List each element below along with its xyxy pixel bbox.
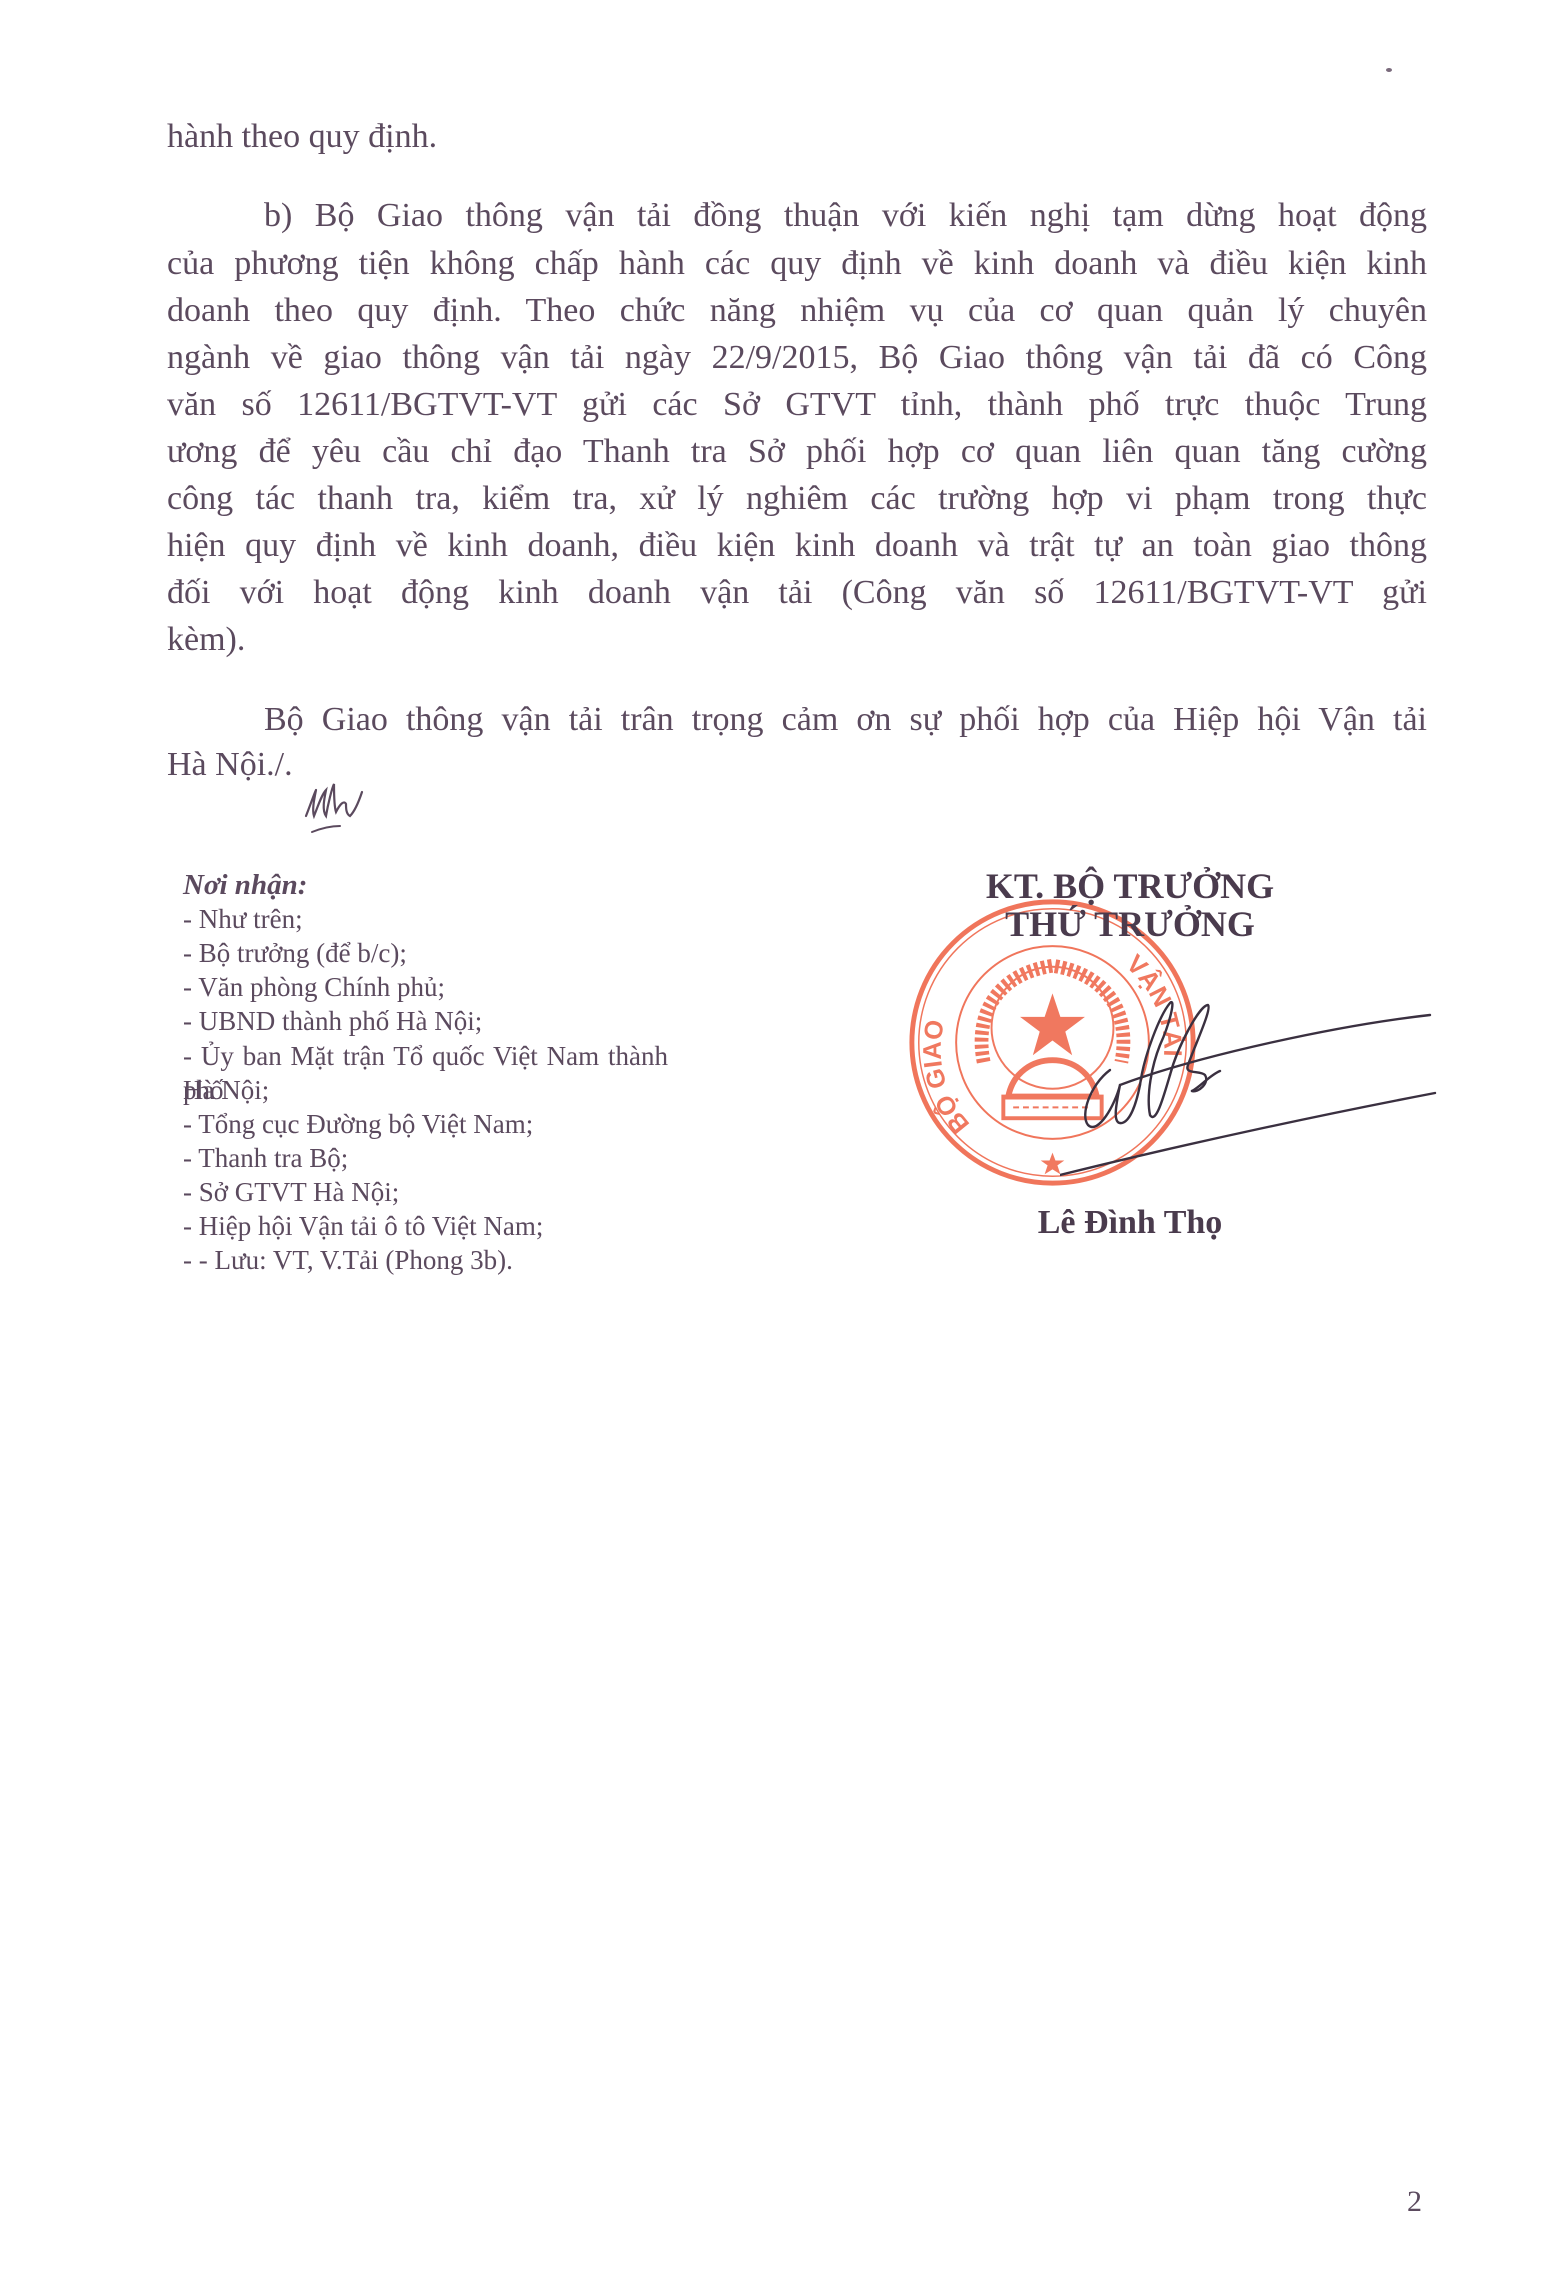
body-line: hành theo quy định. (167, 113, 1427, 161)
body-line: doanh theo quy định. Theo chức năng nhiệ… (167, 287, 1427, 335)
body-line: công tác thanh tra, kiểm tra, xử lý nghi… (167, 475, 1427, 523)
recipient-item: - Văn phòng Chính phủ; (183, 970, 445, 1004)
recipient-item: - Tổng cục Đường bộ Việt Nam; (183, 1107, 533, 1141)
body-line: kèm). (167, 616, 1427, 664)
svg-text:BỘ GIAO: BỘ GIAO (919, 1018, 975, 1139)
signer-title-line-1: KT. BỘ TRƯỞNG (940, 866, 1320, 906)
body-line: b) Bộ Giao thông vận tải đồng thuận với … (264, 192, 1427, 240)
recipient-item: Hà Nội; (183, 1073, 269, 1107)
signer-name: Lê Đình Thọ (940, 1203, 1320, 1243)
handwritten-signature-icon (1060, 975, 1440, 1185)
signer-title-line-2: THỨ TRƯỞNG (940, 904, 1320, 944)
body-line: văn số 12611/BGTVT-VT gửi các Sở GTVT tỉ… (167, 381, 1427, 429)
recipient-item: - Thanh tra Bộ; (183, 1141, 348, 1175)
document-page: hành theo quy định. b) Bộ Giao thông vận… (0, 0, 1568, 2288)
recipient-item: - Bộ trưởng (để b/c); (183, 936, 407, 970)
body-line: ngành về giao thông vận tải ngày 22/9/20… (167, 334, 1427, 382)
page-number: 2 (1407, 2185, 1422, 2219)
body-line: ương để yêu cầu chỉ đạo Thanh tra Sở phố… (167, 428, 1427, 476)
body-line: của phương tiện không chấp hành các quy … (167, 240, 1427, 288)
body-line: hiện quy định về kinh doanh, điều kiện k… (167, 522, 1427, 570)
recipient-item: - UBND thành phố Hà Nội; (183, 1004, 482, 1038)
scan-speck (1386, 68, 1392, 72)
recipients-title: Nơi nhận: (183, 868, 307, 902)
body-line: đối với hoạt động kinh doanh vận tải (Cô… (167, 569, 1427, 617)
closing-line: Bộ Giao thông vận tải trân trọng cảm ơn … (264, 696, 1427, 744)
handwritten-initials-icon (300, 776, 380, 836)
recipient-item: - Sở GTVT Hà Nội; (183, 1175, 399, 1209)
recipient-item: - Hiệp hội Vận tải ô tô Việt Nam; (183, 1209, 543, 1243)
recipient-item: - - Lưu: VT, V.Tải (Phong 3b). (183, 1243, 513, 1277)
recipient-item: - Như trên; (183, 902, 303, 936)
